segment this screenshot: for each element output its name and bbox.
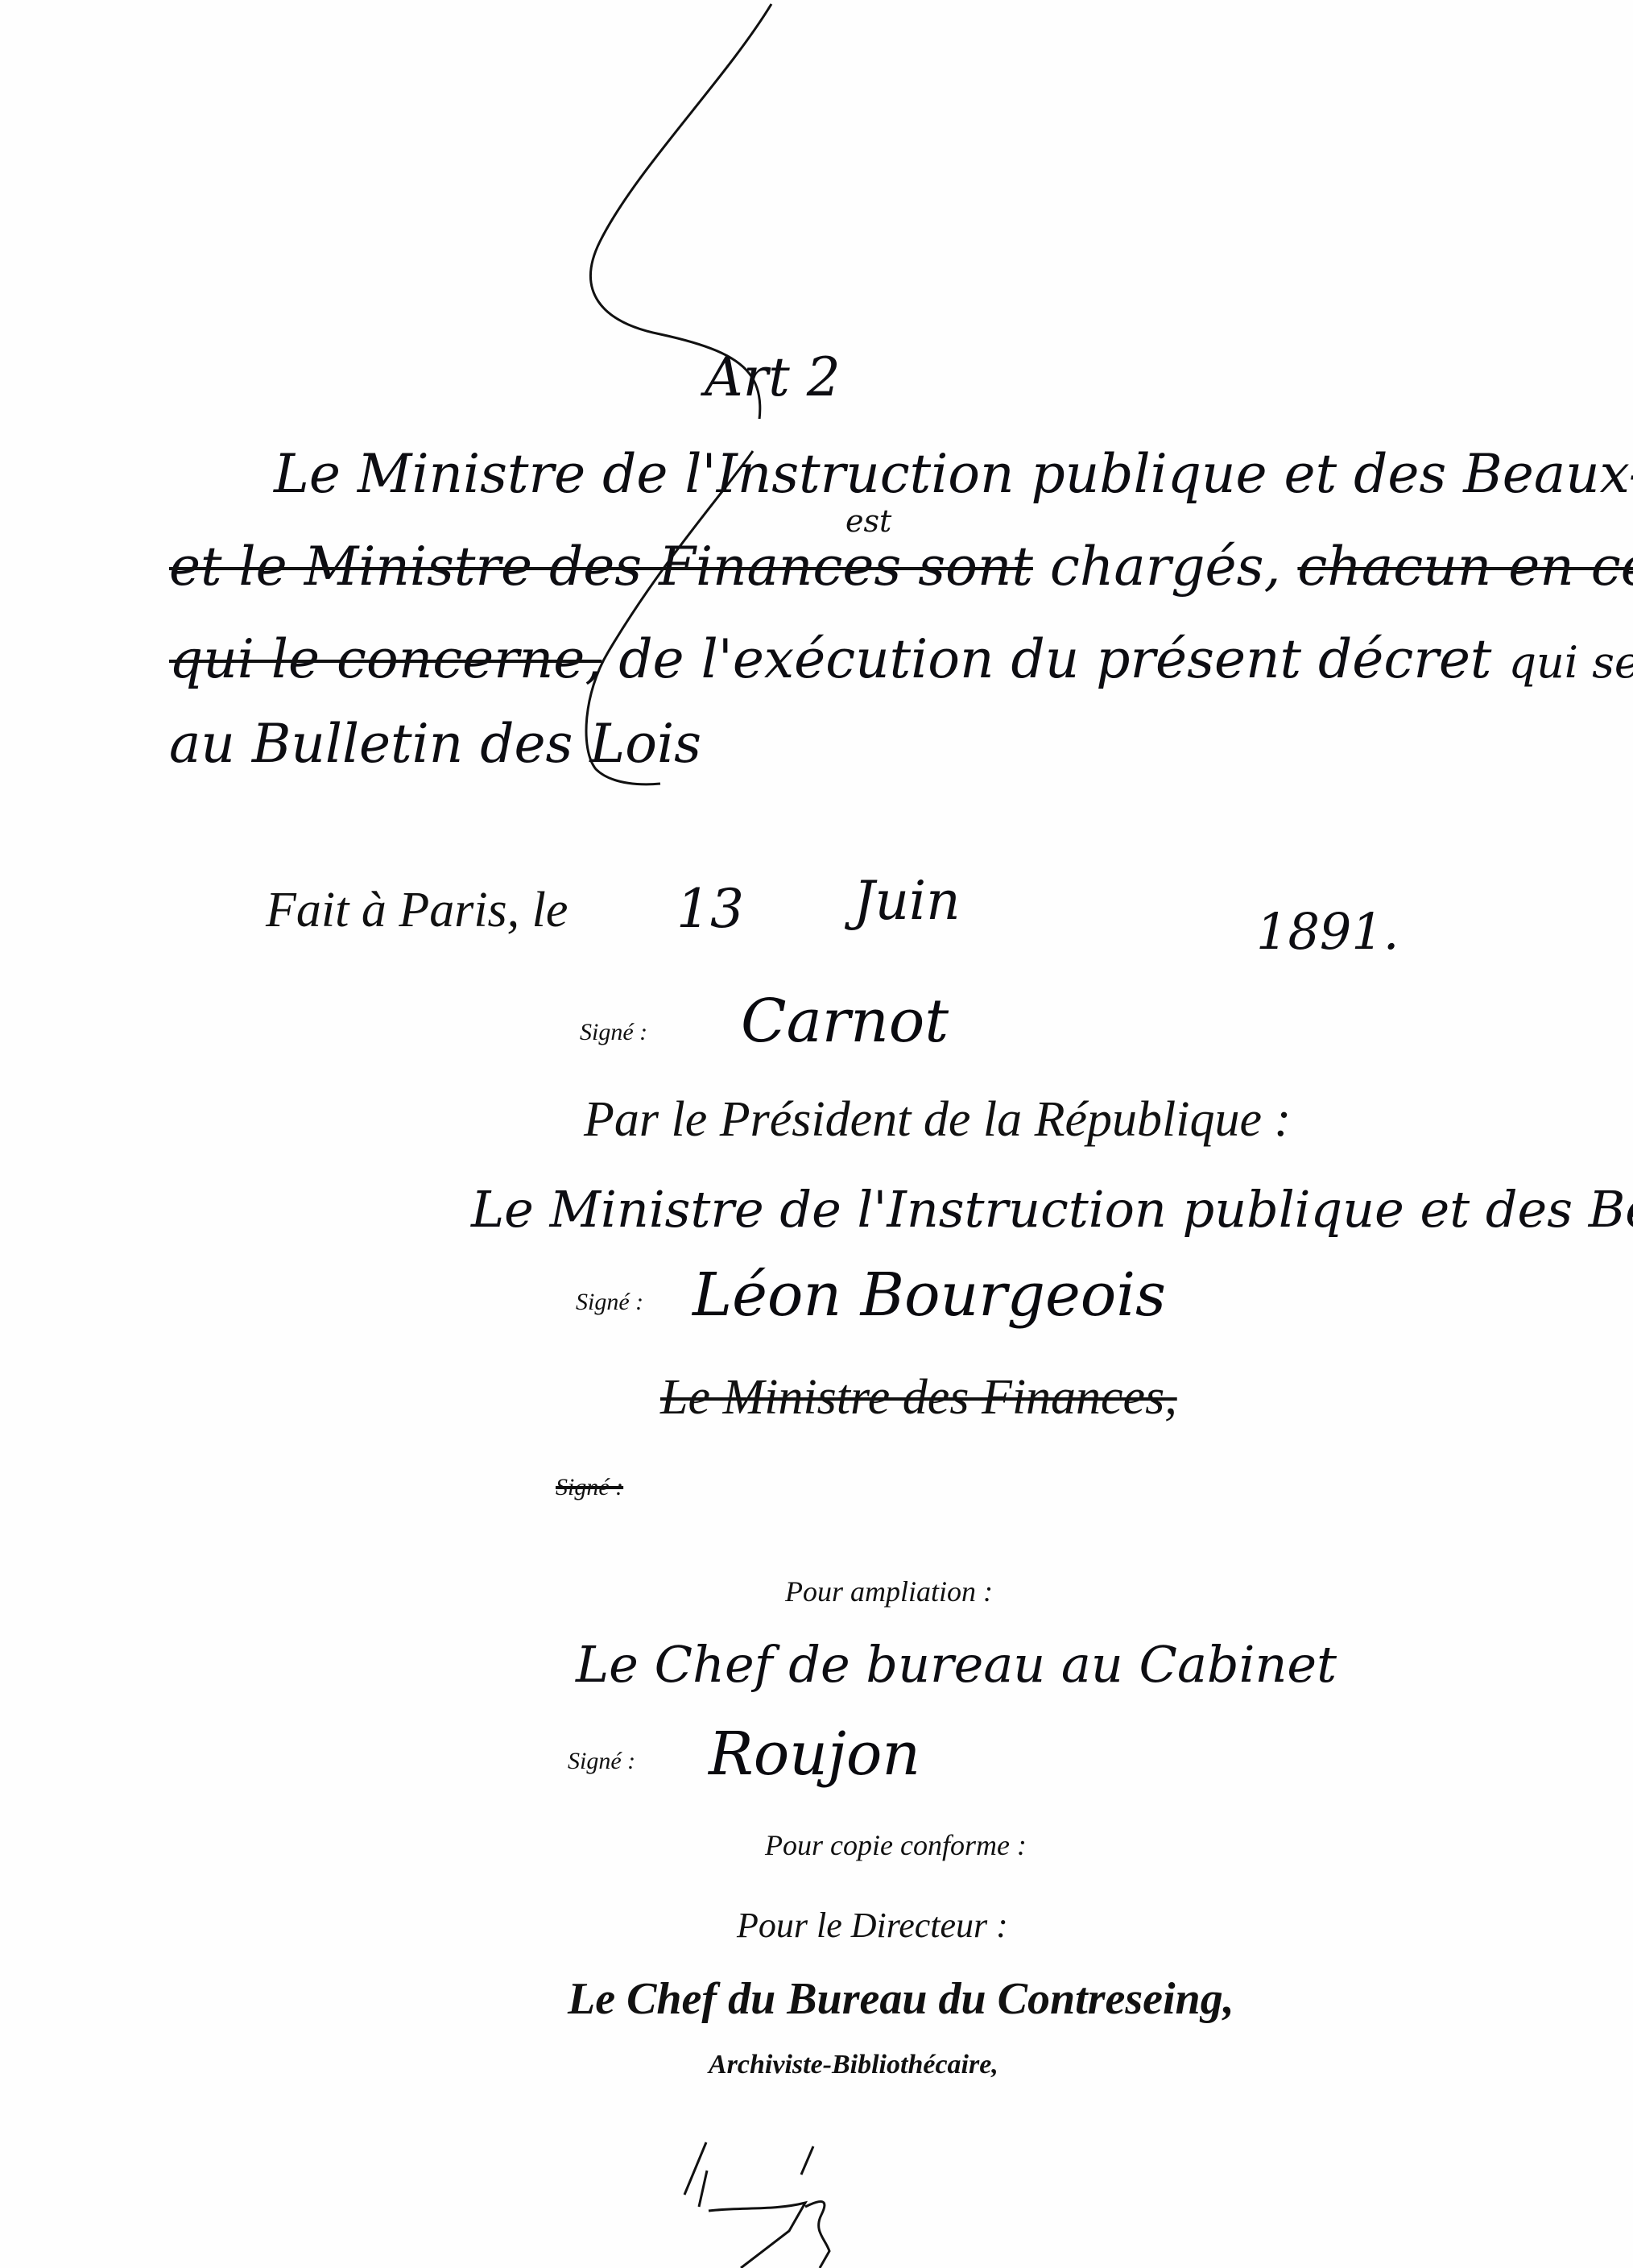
document-page: Art 2 Le Ministre de l'Instruction publi…: [0, 0, 1633, 2268]
final-signature-icon: [0, 0, 1633, 2268]
